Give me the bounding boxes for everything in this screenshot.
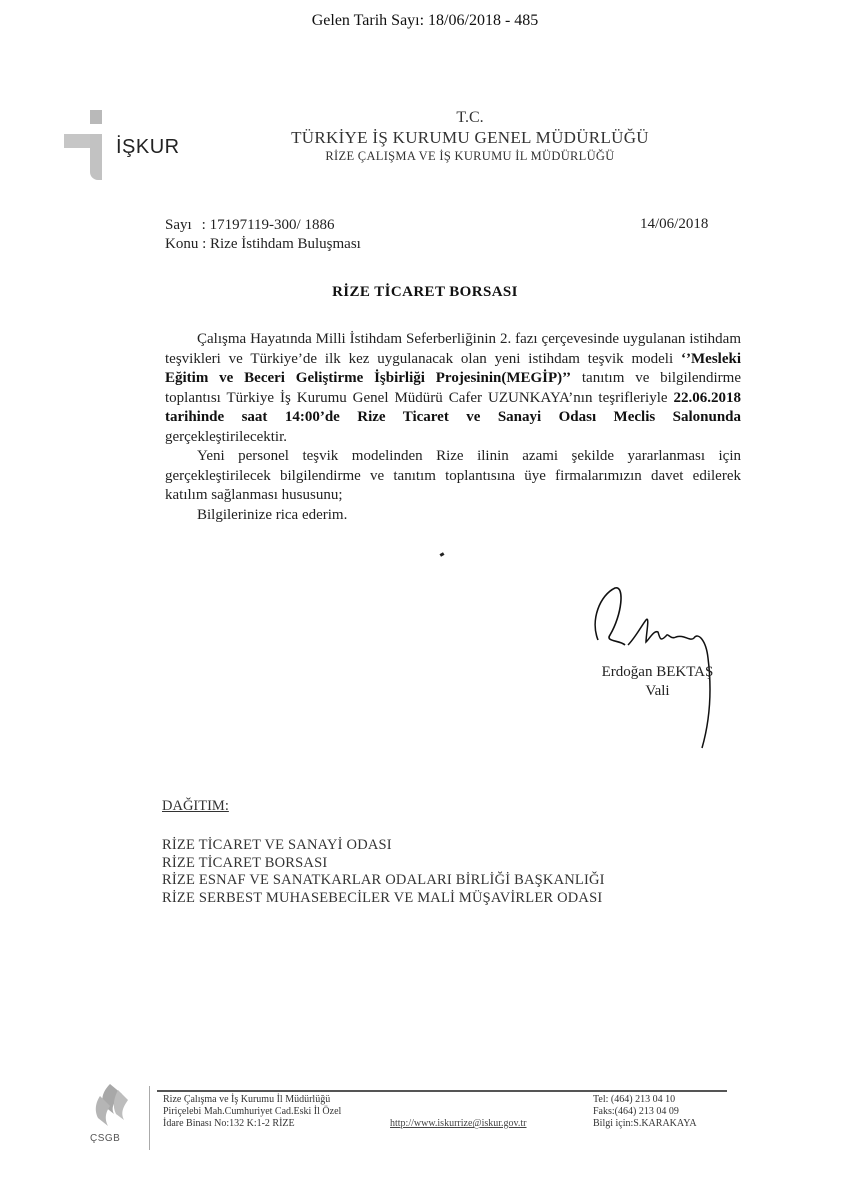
letterhead-institution: TÜRKİYE İŞ KURUMU GENEL MÜDÜRLÜĞÜ — [210, 128, 730, 148]
signatory-title: Vali — [585, 682, 730, 701]
footer-rule — [157, 1090, 727, 1092]
distribution-item: RİZE SERBEST MUHASEBECİLER VE MALİ MÜŞAV… — [162, 890, 605, 908]
letterhead: T.C. TÜRKİYE İŞ KURUMU GENEL MÜDÜRLÜĞÜ R… — [210, 108, 730, 164]
logo-wordmark: İŞKUR — [116, 136, 180, 159]
sayi-row: Sayı: 17197119-300/ 1886 — [165, 216, 361, 235]
konu-label: Konu — [165, 236, 198, 252]
logo-stem-icon — [90, 134, 102, 180]
signatory-name: Erdoğan BEKTAŞ — [585, 663, 730, 682]
sayi-label: Sayı — [165, 217, 192, 233]
document-date: 14/06/2018 — [640, 216, 708, 233]
csgb-emblem-icon — [88, 1080, 138, 1132]
konu-value: : Rize İstihdam Buluşması — [202, 236, 361, 252]
distribution-item: RİZE ESNAF VE SANATKARLAR ODALARI BİRLİĞ… — [162, 872, 605, 890]
distribution-item: RİZE TİCARET BORSASI — [162, 855, 605, 873]
distribution-list: DAĞITIM: RİZE TİCARET VE SANAYİ ODASI Rİ… — [162, 798, 605, 907]
letterhead-tc: T.C. — [210, 108, 730, 128]
letterhead-directorate: RİZE ÇALIŞMA VE İŞ KURUMU İL MÜDÜRLÜĞÜ — [210, 148, 730, 164]
body-paragraph-1: Çalışma Hayatında Milli İstihdam Seferbe… — [165, 330, 741, 447]
sayi-value: : 17197119-300/ 1886 — [202, 217, 335, 233]
body-paragraph-2: Yeni personel teşvik modelinden Rize ili… — [165, 447, 741, 506]
footer-phone: Tel: (464) 213 04 10 — [593, 1094, 697, 1106]
incoming-date-stamp: Gelen Tarih Sayı: 18/06/2018 - 485 — [0, 12, 850, 30]
logo-square-icon — [90, 110, 102, 124]
footer-info-contact: Bilgi için:S.KARAKAYA — [593, 1118, 697, 1130]
footer-fax: Faks:(464) 213 04 09 — [593, 1106, 697, 1118]
footer-contact: Tel: (464) 213 04 10 Faks:(464) 213 04 0… — [593, 1094, 697, 1130]
distribution-title: DAĞITIM: — [162, 798, 605, 815]
ink-mark — [440, 552, 445, 557]
document-meta: Sayı: 17197119-300/ 1886 Konu : Rize İst… — [165, 216, 361, 254]
csgb-logo: ÇSGB — [88, 1080, 138, 1150]
footer-website-link[interactable]: http://www.iskurrize@iskur.gov.tr — [390, 1118, 527, 1129]
iskur-logo: İŞKUR — [60, 108, 200, 183]
footer-divider — [149, 1086, 150, 1150]
distribution-item: RİZE TİCARET VE SANAYİ ODASI — [162, 837, 605, 855]
addressee: RİZE TİCARET BORSASI — [0, 284, 850, 301]
letter-body: Çalışma Hayatında Milli İstihdam Seferbe… — [165, 330, 741, 525]
body-paragraph-3: Bilgilerinize rica ederim. — [165, 506, 741, 526]
footer-address: Rize Çalışma ve İş Kurumu İl Müdürlüğü P… — [163, 1094, 341, 1130]
csgb-text: ÇSGB — [90, 1133, 120, 1144]
signatory-block: Erdoğan BEKTAŞ Vali — [585, 663, 730, 701]
konu-row: Konu : Rize İstihdam Buluşması — [165, 235, 361, 254]
